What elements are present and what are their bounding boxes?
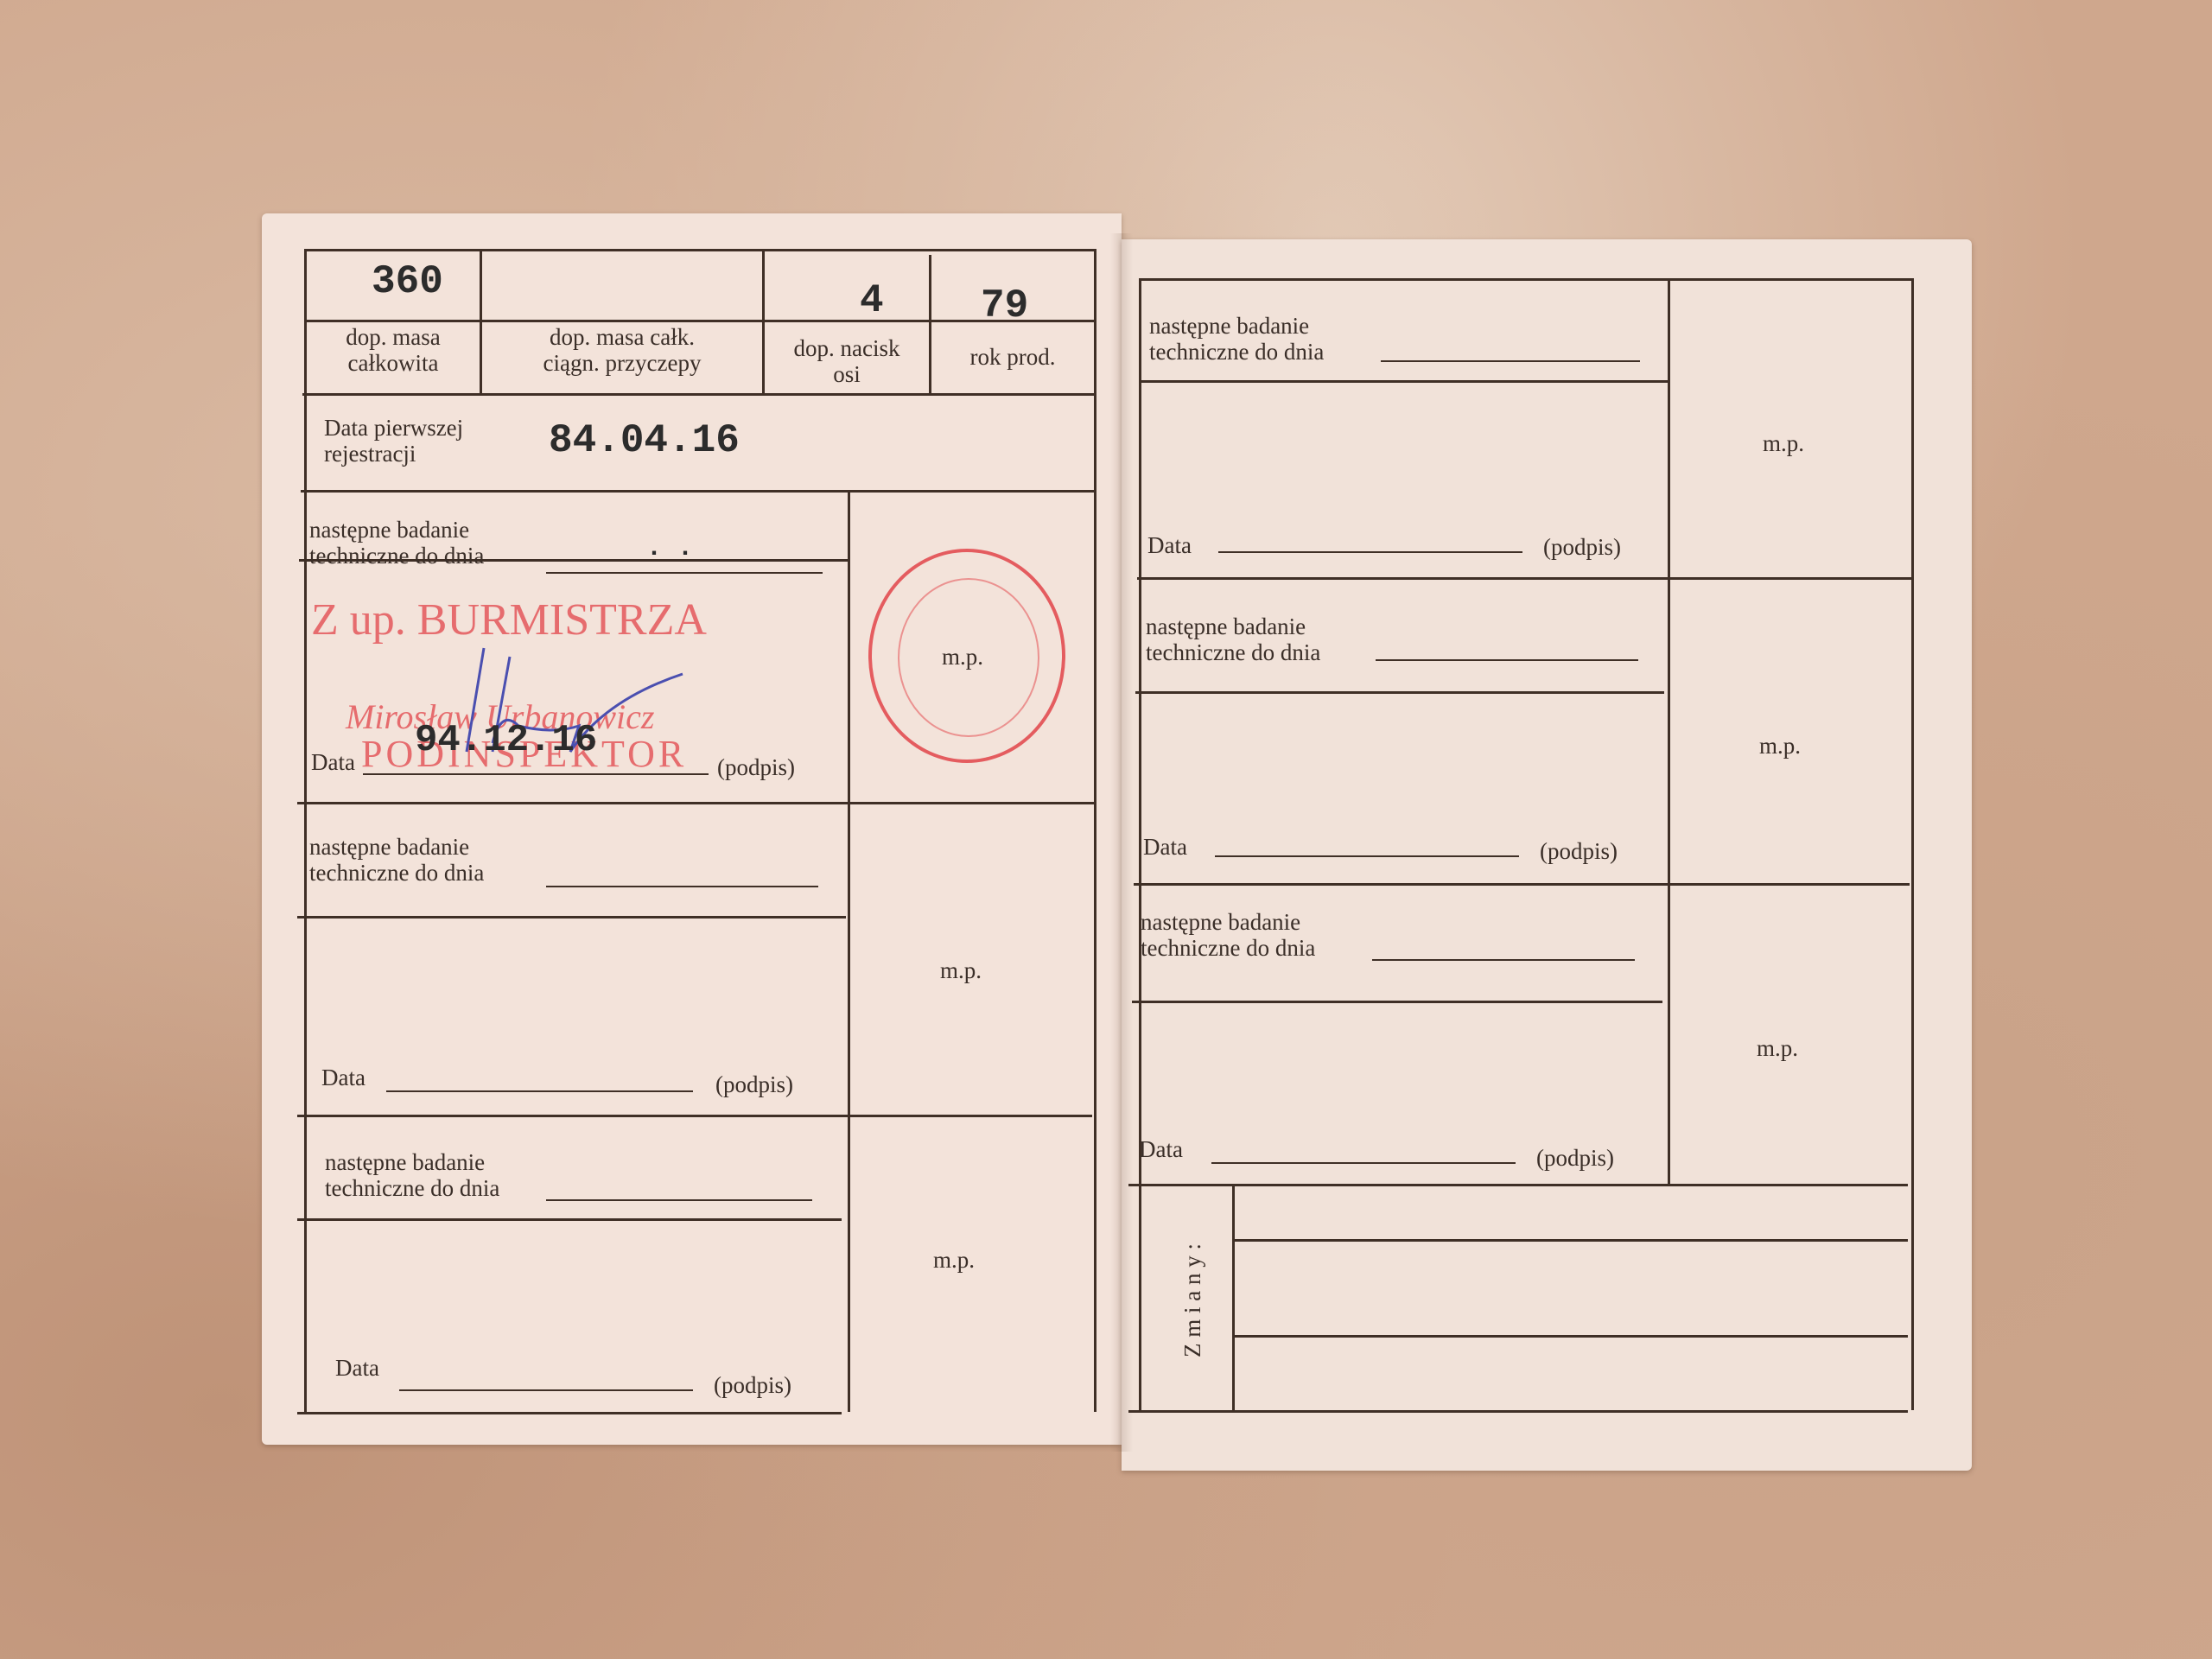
dop-nacisk-osi-value: 4 <box>860 278 884 323</box>
right-mp-label-2: m.p. <box>1759 733 1801 759</box>
data-label-1: Data <box>311 749 355 775</box>
dop-masa-calkowita-value: 360 <box>372 259 443 304</box>
right-data-label-2: Data <box>1143 834 1187 860</box>
right-mp-label-1: m.p. <box>1763 430 1804 456</box>
data-line-2 <box>386 1090 693 1092</box>
right-next-inspection-line-1 <box>1381 360 1640 362</box>
mp-label-2: m.p. <box>940 957 982 983</box>
next-inspection-label-1: następne badanie techniczne do dnia <box>309 517 484 569</box>
label-dop-masa-calkowita: dop. masa całkowita <box>307 324 480 376</box>
right-mp-label-3: m.p. <box>1757 1035 1798 1061</box>
data-label-3: Data <box>335 1355 379 1381</box>
right-next-inspection-line-2 <box>1376 659 1638 661</box>
next-inspection-label-2: następne badanie techniczne do dnia <box>309 834 484 886</box>
next-inspection-line-3 <box>546 1199 812 1201</box>
rok-prod-value: 79 <box>981 283 1028 328</box>
right-data-line-2 <box>1215 855 1519 857</box>
right-next-inspection-label-2: następne badanie techniczne do dnia <box>1146 613 1320 665</box>
data-line-1 <box>363 773 709 775</box>
data-line-3 <box>399 1389 693 1391</box>
mp-label-1: m.p. <box>942 644 983 670</box>
right-podpis-label-3: (podpis) <box>1536 1145 1614 1171</box>
data-label-2: Data <box>321 1065 365 1090</box>
left-page <box>262 213 1122 1445</box>
right-podpis-label-2: (podpis) <box>1540 838 1618 864</box>
changes-label: Z m i a n y : <box>1179 1231 1205 1370</box>
right-next-inspection-label-3: następne badanie techniczne do dnia <box>1141 909 1315 961</box>
right-data-label-1: Data <box>1147 532 1192 558</box>
first-registration-date: 84.04.16 <box>549 418 740 463</box>
next-inspection-line-2 <box>546 886 818 887</box>
right-next-inspection-line-3 <box>1372 959 1635 961</box>
label-dop-masa-przyczepy: dop. masa całk. ciągn. przyczepy <box>482 324 762 376</box>
inspection-date-value: 94.12.16 <box>415 719 597 762</box>
right-data-label-3: Data <box>1139 1136 1183 1162</box>
next-inspection-label-3: następne badanie techniczne do dnia <box>325 1149 499 1201</box>
right-next-inspection-label-1: następne badanie techniczne do dnia <box>1149 313 1324 365</box>
label-first-registration: Data pierwszej rejestracji <box>324 415 463 467</box>
label-rok-prod: rok prod. <box>931 344 1094 370</box>
label-dop-nacisk-osi: dop. nacisk osi <box>765 335 929 387</box>
mp-label-3: m.p. <box>933 1247 975 1273</box>
right-data-line-1 <box>1218 551 1522 553</box>
podpis-label-3: (podpis) <box>714 1372 791 1398</box>
booklet-fold <box>1110 233 1133 1452</box>
right-podpis-label-1: (podpis) <box>1543 534 1621 560</box>
right-data-line-3 <box>1211 1162 1516 1164</box>
podpis-label-1: (podpis) <box>717 754 795 780</box>
next-inspection-line-1 <box>546 572 823 574</box>
next-inspection-dots: . . <box>646 534 693 563</box>
podpis-label-2: (podpis) <box>715 1071 793 1097</box>
